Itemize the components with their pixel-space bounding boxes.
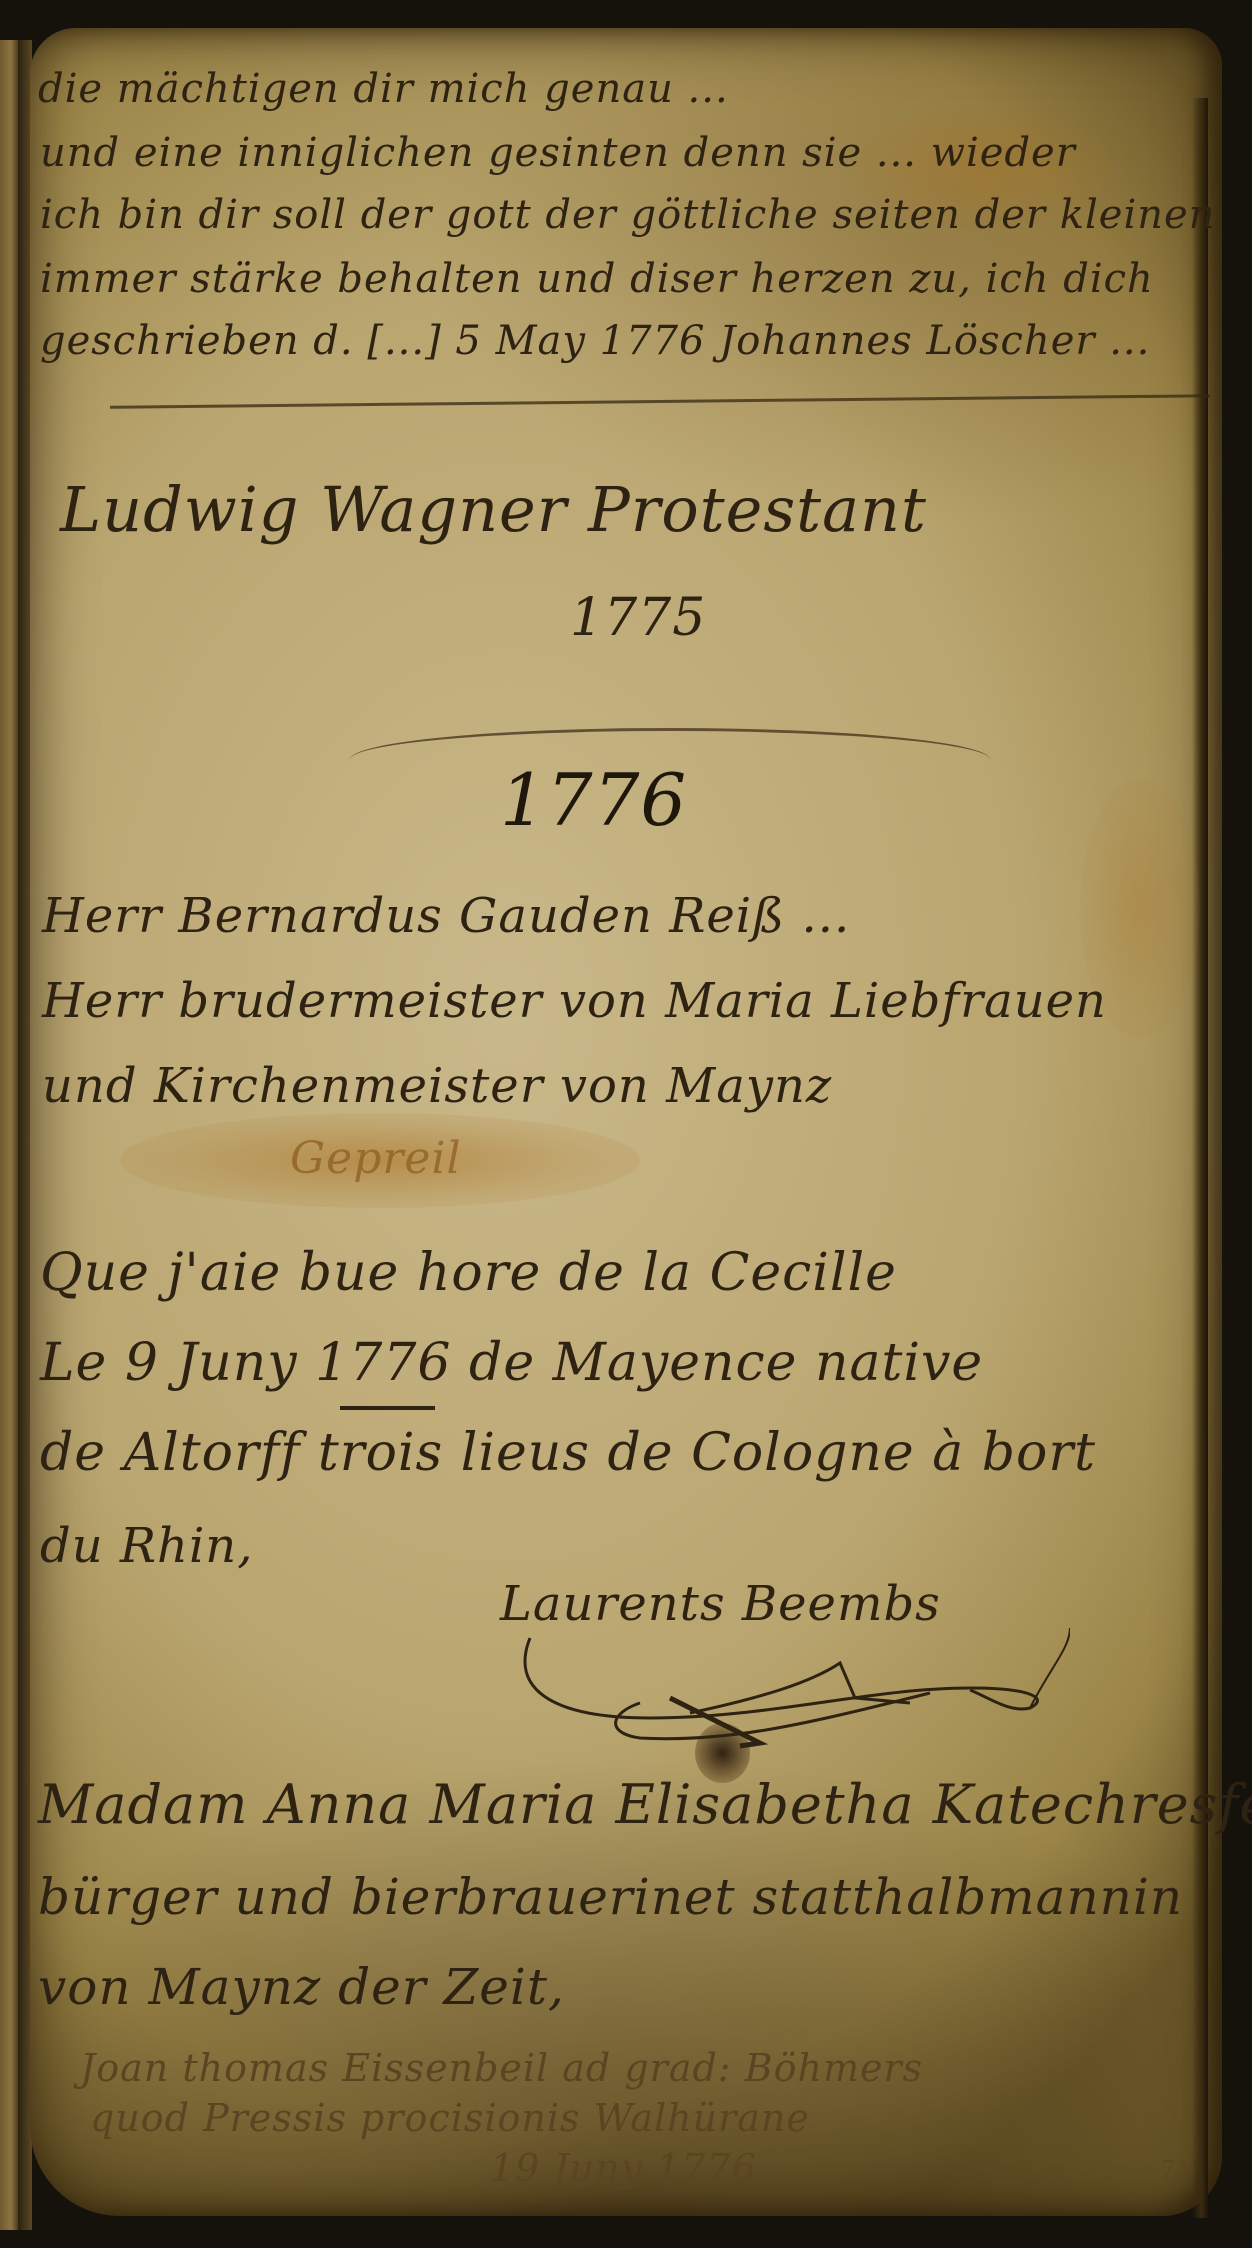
entry-madam-line-2: bürger und bierbrauerinet statthalbmanni… — [38, 1868, 1183, 1926]
scan-background: die mächtigen dir mich genau ... und ein… — [0, 0, 1252, 2248]
entry-top-line-2: und eine inniglichen gesinten denn sie .… — [40, 130, 1076, 176]
heading-year-1775: 1775 — [570, 588, 706, 648]
entry-french-line-3: de Altorff trois lieus de Cologne à bort — [40, 1423, 1096, 1483]
facing-page-edge — [0, 40, 18, 2230]
entry-german-line-3: und Kirchenmeister von Maynz — [42, 1058, 832, 1114]
entry-madam-line-1: Madam Anna Maria Elisabetha Katechresfer — [38, 1773, 1252, 1836]
page-right-edge — [1192, 98, 1208, 2218]
entry-bottom-line-3: 19 Juny 1776 — [490, 2146, 757, 2190]
entry-top-line-5: geschrieben d. [...] 5 May 1776 Johannes… — [40, 318, 1150, 364]
entry-german-line-2: Herr brudermeister von Maria Liebfrauen — [42, 973, 1107, 1029]
entry-french-line-1: Que j'aie bue hore de la Cecille — [40, 1243, 897, 1303]
entry-german-line-1: Herr Bernardus Gauden Reiß ... — [42, 888, 850, 944]
entry-top-line-3: ich bin dir soll der gott der göttliche … — [40, 192, 1215, 238]
stained-word: Gepreil — [290, 1133, 462, 1184]
entry-french-line-2: Le 9 Juny 1776 de Mayence native — [40, 1333, 983, 1393]
separator-rule — [110, 394, 1210, 409]
entry-bottom-line-1: Joan thomas Eissenbeil ad grad: Böhmers — [80, 2046, 923, 2090]
signature-flourish — [510, 1628, 1070, 1768]
page-number: 71 — [1160, 2156, 1193, 2184]
entry-bottom-line-2: quod Pressis procisionis Walhürane — [90, 2096, 810, 2140]
date-underline — [340, 1406, 435, 1410]
manuscript-page: die mächtigen dir mich genau ... und ein… — [30, 28, 1222, 2216]
heading-name-line: Ludwig Wagner Protestant — [60, 473, 927, 546]
entry-top-line-4: immer stärke behalten und diser herzen z… — [40, 256, 1154, 302]
signature-laurents-beembs: Laurents Beembs — [500, 1576, 941, 1632]
entry-french-line-4: du Rhin, — [40, 1518, 253, 1574]
main-year-1776: 1776 — [500, 758, 687, 842]
entry-madam-line-3: von Maynz der Zeit, — [38, 1958, 565, 2016]
entry-top-line-1: die mächtigen dir mich genau ... — [38, 66, 729, 112]
